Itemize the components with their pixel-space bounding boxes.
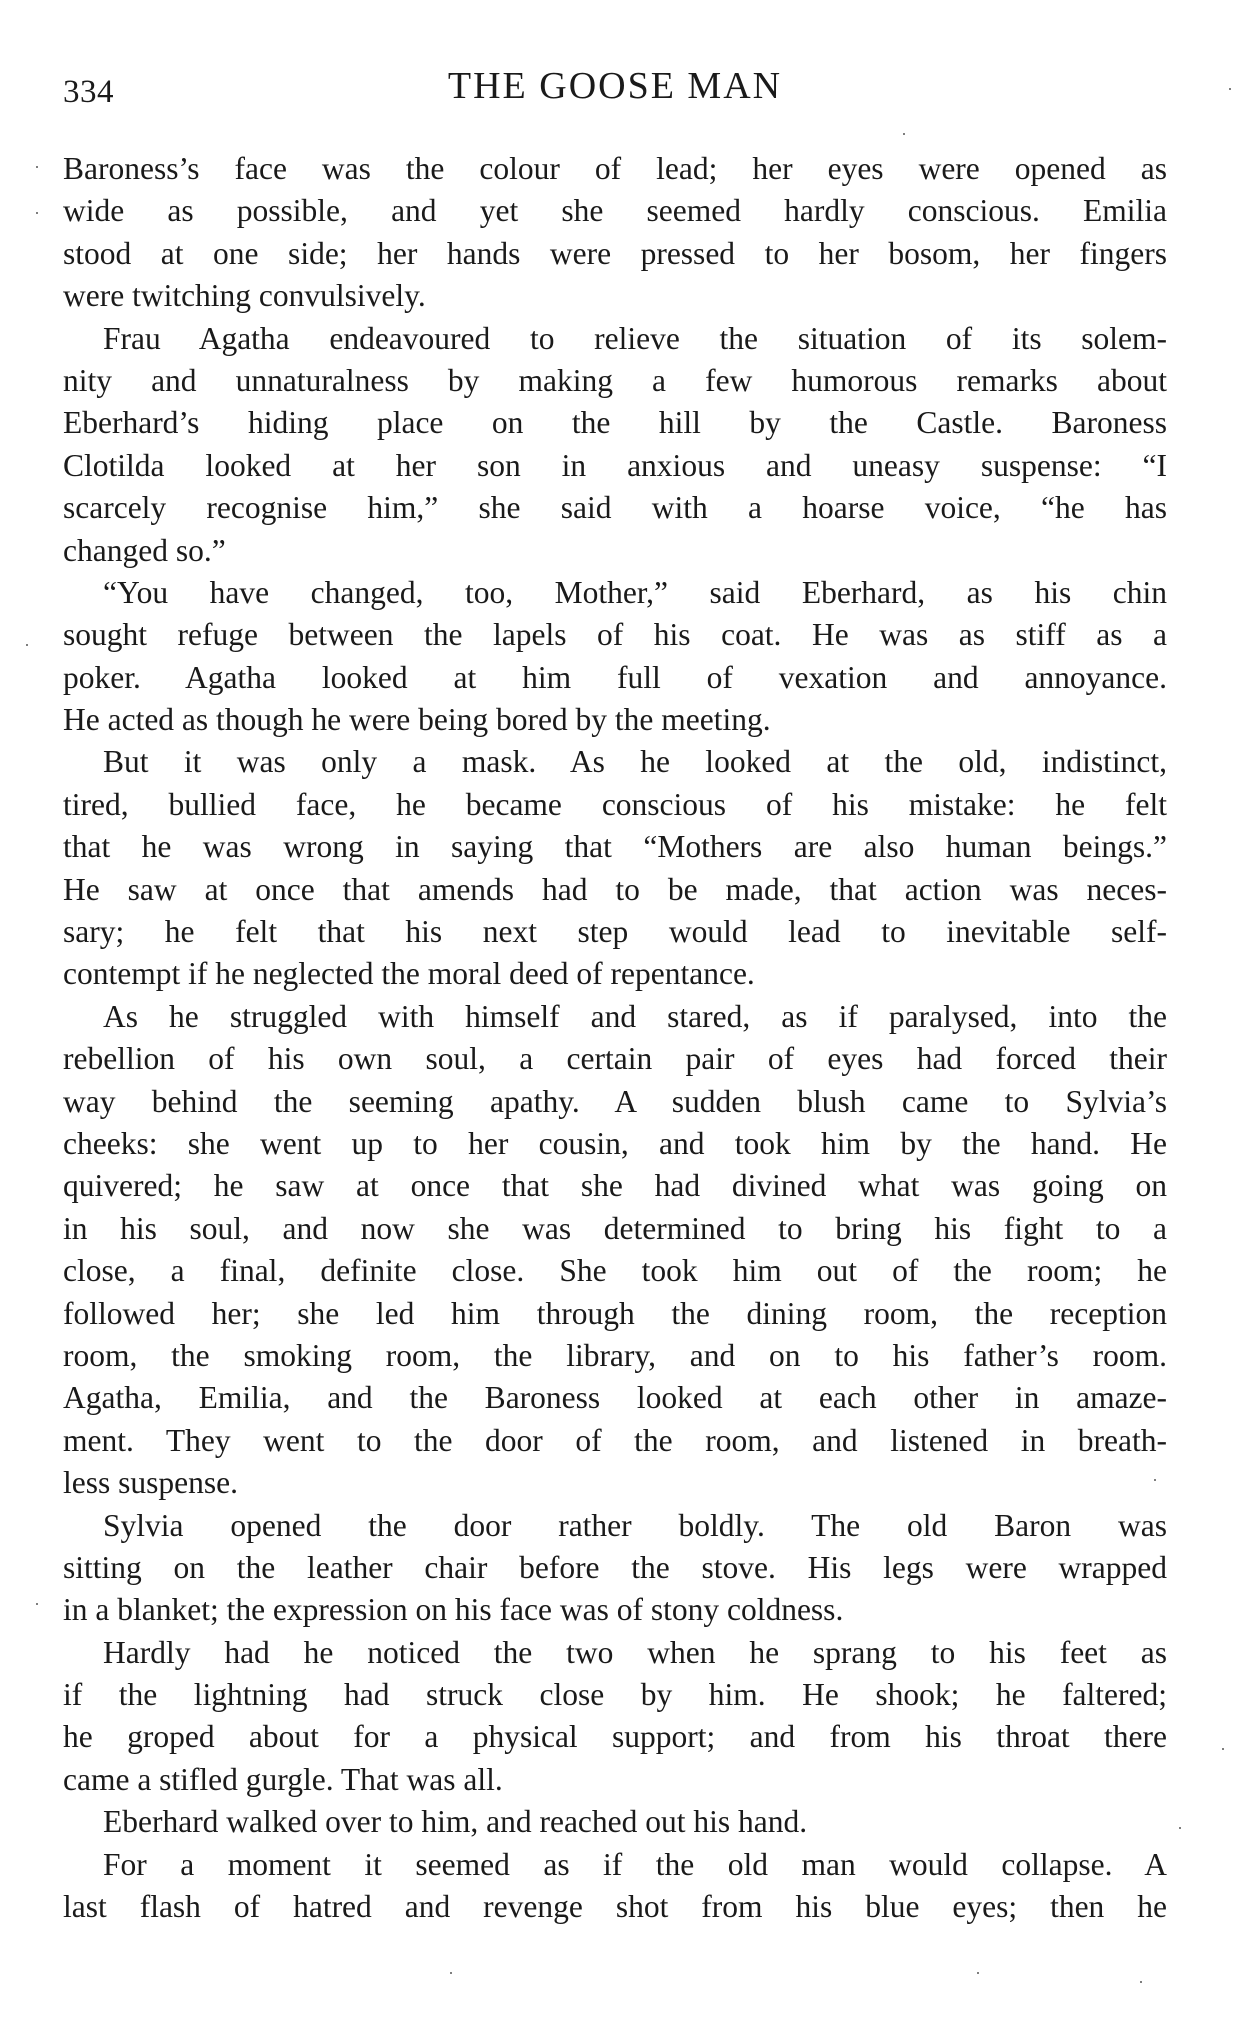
running-title: THE GOOSE MAN <box>63 64 1167 108</box>
text-line: contempt if he neglected the moral deed … <box>63 953 1167 995</box>
scan-speck <box>36 166 38 168</box>
text-line: he groped about for a physical support; … <box>63 1716 1167 1758</box>
text-line: sitting on the leather chair before the … <box>63 1547 1167 1589</box>
text-line: nity and unnaturalness by making a few h… <box>63 360 1167 402</box>
text-line: close, a final, definite close. She took… <box>63 1250 1167 1292</box>
text-line: scarcely recognise him,” she said with a… <box>63 487 1167 529</box>
text-line: room, the smoking room, the library, and… <box>63 1335 1167 1377</box>
scan-speck <box>977 1972 979 1974</box>
text-line: Frau Agatha endeavoured to relieve the s… <box>63 318 1167 360</box>
text-line: quivered; he saw at once that she had di… <box>63 1165 1167 1207</box>
scan-speck <box>1222 1748 1224 1750</box>
text-line: came a stifled gurgle. That was all. <box>63 1759 1167 1801</box>
paragraph: But it was only a mask. As he looked at … <box>63 741 1167 995</box>
paragraph: As he struggled with himself and stared,… <box>63 996 1167 1505</box>
text-line: poker. Agatha looked at him full of vexa… <box>63 657 1167 699</box>
text-line: He acted as though he were being bored b… <box>63 699 1167 741</box>
text-line: Eberhard walked over to him, and reached… <box>63 1801 1167 1843</box>
book-page: 334 THE GOOSE MAN Baroness’s face was th… <box>0 0 1233 2033</box>
text-line: “You have changed, too, Mother,” said Eb… <box>63 572 1167 614</box>
text-line: For a moment it seemed as if the old man… <box>63 1844 1167 1886</box>
text-line: But it was only a mask. As he looked at … <box>63 741 1167 783</box>
text-line: cheeks: she went up to her cousin, and t… <box>63 1123 1167 1165</box>
text-line: sary; he felt that his next step would l… <box>63 911 1167 953</box>
text-line: last flash of hatred and revenge shot fr… <box>63 1886 1167 1928</box>
scan-speck <box>36 1603 38 1605</box>
text-line: Eberhard’s hiding place on the hill by t… <box>63 402 1167 444</box>
text-line: Hardly had he noticed the two when he sp… <box>63 1632 1167 1674</box>
paragraph: Eberhard walked over to him, and reached… <box>63 1801 1167 1843</box>
scan-speck <box>450 1972 452 1974</box>
text-line: in his soul, and now she was determined … <box>63 1208 1167 1250</box>
text-line: rebellion of his own soul, a certain pai… <box>63 1038 1167 1080</box>
paragraph: Hardly had he noticed the two when he sp… <box>63 1632 1167 1802</box>
text-line: if the lightning had struck close by him… <box>63 1674 1167 1716</box>
paragraph: Baroness’s face was the colour of lead; … <box>63 148 1167 318</box>
scan-speck <box>36 212 38 214</box>
text-line: Sylvia opened the door rather boldly. Th… <box>63 1505 1167 1547</box>
scan-speck <box>1229 88 1231 90</box>
body-text: Baroness’s face was the colour of lead; … <box>63 148 1167 1928</box>
text-line: changed so.” <box>63 530 1167 572</box>
scan-speck <box>26 644 28 646</box>
text-line: sought refuge between the lapels of his … <box>63 614 1167 656</box>
text-line: followed her; she led him through the di… <box>63 1293 1167 1335</box>
text-line: Baroness’s face was the colour of lead; … <box>63 148 1167 190</box>
text-line: less suspense. <box>63 1462 1167 1504</box>
text-line: wide as possible, and yet she seemed har… <box>63 190 1167 232</box>
text-line: As he struggled with himself and stared,… <box>63 996 1167 1038</box>
paragraph: “You have changed, too, Mother,” said Eb… <box>63 572 1167 742</box>
text-line: in a blanket; the expression on his face… <box>63 1589 1167 1631</box>
paragraph: Sylvia opened the door rather boldly. Th… <box>63 1505 1167 1632</box>
text-line: He saw at once that amends had to be mad… <box>63 869 1167 911</box>
scan-speck <box>903 133 905 135</box>
text-line: that he was wrong in saying that “Mother… <box>63 826 1167 868</box>
scan-speck <box>1179 1827 1181 1829</box>
text-line: were twitching convulsively. <box>63 275 1167 317</box>
text-line: ment. They went to the door of the room,… <box>63 1420 1167 1462</box>
page-header: 334 THE GOOSE MAN <box>63 64 1167 112</box>
text-line: stood at one side; her hands were presse… <box>63 233 1167 275</box>
text-line: tired, bullied face, he became conscious… <box>63 784 1167 826</box>
text-line: way behind the seeming apathy. A sudden … <box>63 1081 1167 1123</box>
scan-speck <box>1140 1981 1142 1983</box>
paragraph: Frau Agatha endeavoured to relieve the s… <box>63 318 1167 572</box>
text-line: Agatha, Emilia, and the Baroness looked … <box>63 1377 1167 1419</box>
text-line: Clotilda looked at her son in anxious an… <box>63 445 1167 487</box>
paragraph: For a moment it seemed as if the old man… <box>63 1844 1167 1929</box>
